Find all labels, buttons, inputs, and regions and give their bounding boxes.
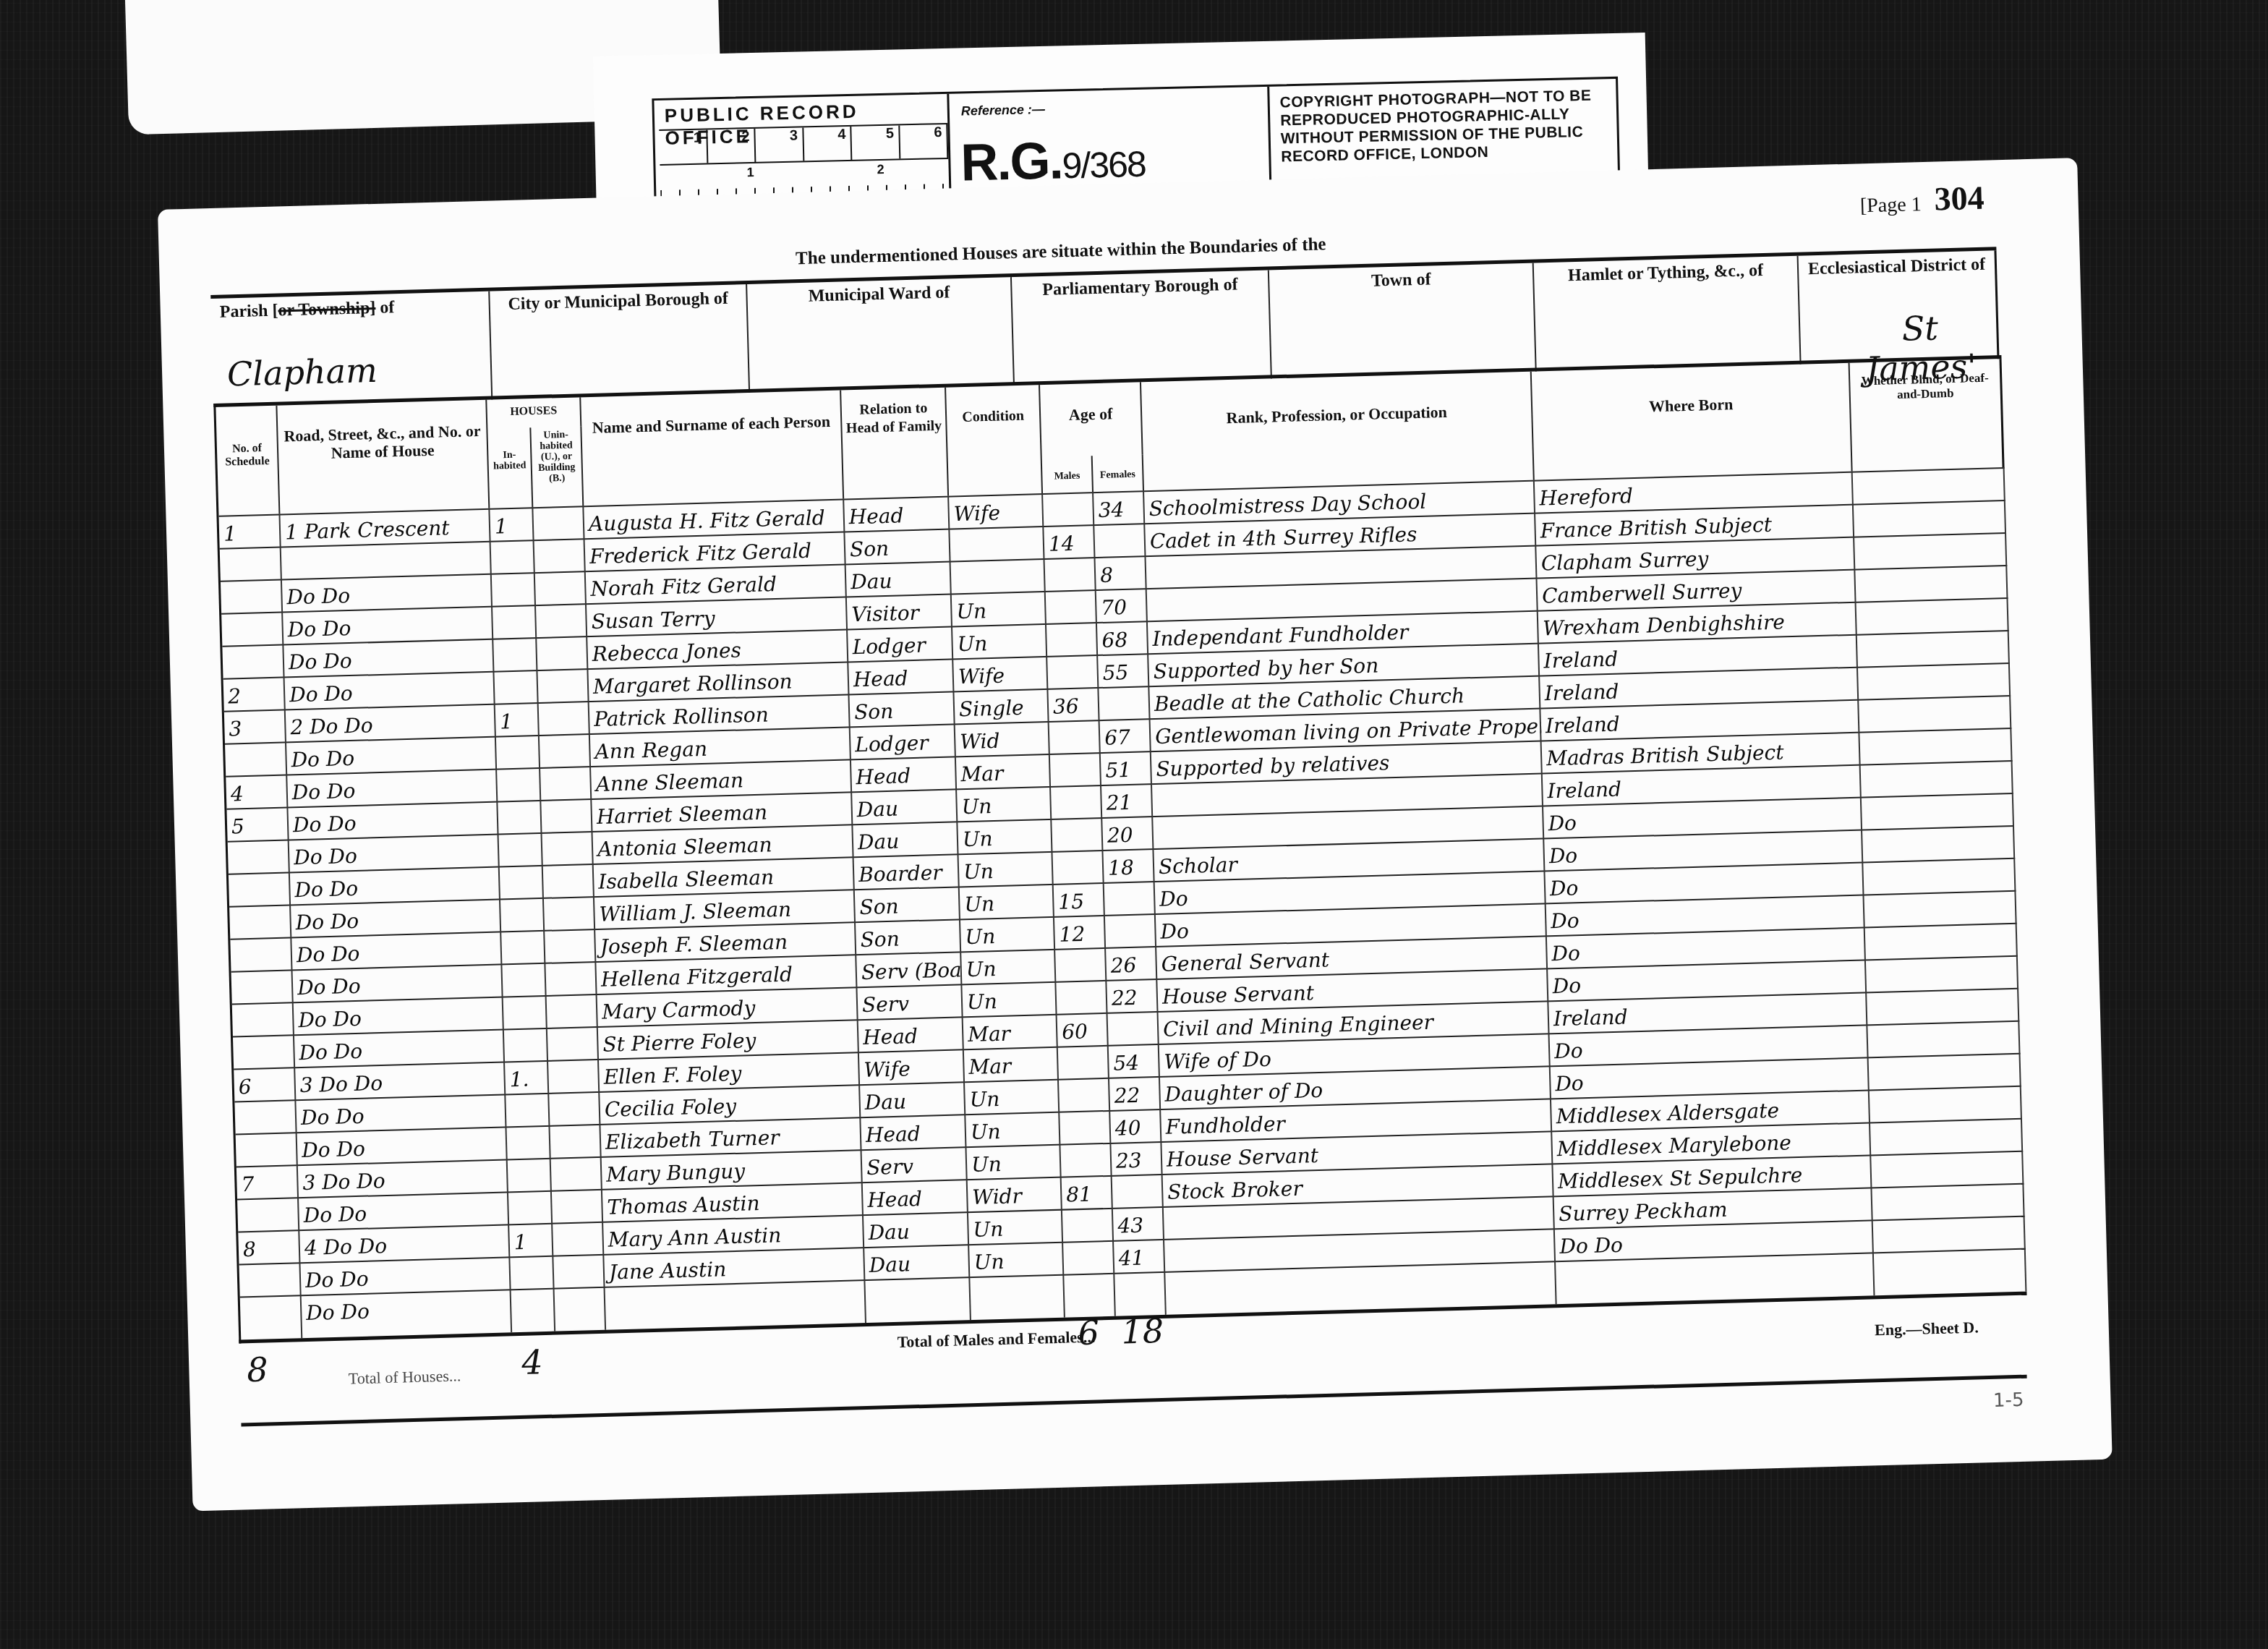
cell-uninhabited — [547, 1028, 599, 1063]
cell-infirmity — [1874, 1250, 2026, 1288]
cell-male: 14 — [1044, 526, 1095, 561]
cell-male — [1043, 493, 1094, 529]
cell-inhabited — [502, 964, 546, 1000]
cell-uninhabited — [539, 702, 590, 738]
census-sheet: [Page 1304 The undermentioned Houses are… — [158, 158, 2113, 1511]
cell-uninhabited — [540, 735, 591, 770]
ward-field: Municipal Ward of — [747, 277, 1015, 393]
cell-inhabited — [493, 606, 537, 642]
cell-schedule — [239, 1264, 302, 1299]
cell-female: 26 — [1106, 947, 1157, 983]
cell-schedule — [240, 1296, 302, 1331]
sheet-mark: Eng.—Sheet D. — [1875, 1318, 1979, 1339]
cell-inhabited — [496, 736, 540, 772]
cell-schedule — [234, 1101, 297, 1136]
cell-female: 18 — [1103, 850, 1154, 885]
cell-male — [1051, 786, 1102, 822]
cell-uninhabited — [551, 1158, 602, 1193]
col-where-born: Where Born — [1532, 363, 1853, 480]
cell-male — [1050, 754, 1101, 789]
cell-male: 15 — [1054, 884, 1105, 919]
cell-female: 23 — [1111, 1143, 1162, 1178]
cell-schedule — [231, 971, 294, 1006]
cell-uninhabited — [547, 995, 598, 1031]
cell-male: 60 — [1057, 1014, 1109, 1049]
cell-inhabited — [504, 1029, 548, 1065]
cell-schedule — [237, 1198, 299, 1234]
parish-label: Parish [ — [220, 302, 278, 322]
cell-male — [1056, 981, 1107, 1017]
parish-label-struck: or Township] — [278, 299, 376, 320]
cell-inhabited: 1. — [505, 1062, 549, 1097]
cell-female: 70 — [1096, 589, 1148, 625]
col-age: Age of — [1040, 382, 1143, 457]
cell-schedule — [221, 581, 283, 616]
cell-uninhabited — [545, 930, 596, 966]
cell-uninhabited — [542, 832, 594, 868]
cell-inhabited — [507, 1127, 551, 1162]
cell-male — [1064, 1274, 1115, 1310]
boundary-title: The undermentioned Houses are situate wi… — [796, 234, 1326, 269]
cell-female: 51 — [1101, 752, 1152, 788]
cell-uninhabited — [552, 1190, 603, 1226]
cell-female — [1099, 687, 1150, 723]
cell-schedule — [236, 1133, 298, 1169]
cell-male — [1060, 1144, 1112, 1180]
cell-inhabited: 1 — [490, 508, 534, 544]
col-males: Males — [1042, 456, 1093, 493]
col-name: Name and Surname of each Person — [581, 391, 844, 506]
col-relation: Relation to Head of Family — [841, 388, 949, 499]
houses-total: 4 — [521, 1342, 544, 1382]
cell-born — [1556, 1253, 1875, 1296]
cell-female: 8 — [1096, 557, 1147, 592]
cell-inhabited — [492, 574, 536, 609]
cell-schedule — [232, 1003, 294, 1039]
cell-female: 21 — [1101, 785, 1153, 820]
cell-inhabited — [500, 866, 544, 902]
col-uninhabited: Unin-habited (U.), or Building (B.) — [531, 426, 584, 507]
col-road: Road, Street, &c., and No. or Name of Ho… — [277, 400, 490, 514]
cell-female: 41 — [1114, 1240, 1165, 1276]
cell-female: 22 — [1109, 1078, 1161, 1113]
ecclesiastical-field: Ecclesiastical District of St James' — [1799, 250, 2000, 364]
cell-schedule: 4 — [226, 775, 288, 811]
cell-uninhabited — [541, 800, 592, 835]
cell-uninhabited — [537, 637, 588, 673]
cell-name — [605, 1281, 866, 1322]
col-houses: HOUSES — [487, 397, 581, 429]
cell-schedule: 1 — [219, 516, 281, 551]
cell-female — [1112, 1175, 1164, 1211]
census-table: No. of Schedule Road, Street, &c., and N… — [213, 355, 2026, 1343]
cell-road: Do Do — [302, 1290, 512, 1330]
col-infirmity: Whether Blind, or Deaf-and-Dumb — [1850, 359, 2005, 472]
inch-mark: 2 — [877, 162, 884, 177]
males-total: 6 — [1078, 1313, 1100, 1352]
ecclesiastical-label: Ecclesiastical District of — [1808, 255, 1986, 279]
cell-male — [1052, 819, 1103, 854]
cell-female: 20 — [1102, 817, 1154, 853]
ruler-cell: 5 — [851, 125, 900, 159]
cell-male — [1052, 851, 1104, 887]
cell-inhabited — [506, 1094, 550, 1130]
cell-female: 22 — [1107, 980, 1158, 1015]
cell-uninhabited — [555, 1288, 606, 1324]
cell-relation — [865, 1278, 971, 1315]
cell-uninhabited — [545, 963, 597, 998]
females-total: 18 — [1121, 1311, 1164, 1352]
cell-uninhabited — [533, 507, 584, 542]
col-schedule: No. of Schedule — [216, 406, 280, 516]
schedules-total: 8 — [247, 1350, 269, 1389]
cell-schedule — [229, 906, 291, 941]
cell-schedule: 8 — [238, 1231, 300, 1266]
cell-male — [1046, 623, 1098, 659]
page-label: [Page 1 — [1860, 193, 1922, 217]
city-field: City or Municipal Borough of — [490, 284, 750, 400]
cell-inhabited — [493, 639, 537, 674]
cell-inhabited — [503, 997, 547, 1032]
cell-schedule: 6 — [234, 1068, 296, 1104]
inch-mark: 1 — [746, 165, 754, 180]
cell-male — [1063, 1242, 1114, 1277]
cell-uninhabited — [543, 865, 594, 900]
cell-inhabited — [501, 932, 545, 967]
cell-schedule — [229, 873, 291, 908]
parish-label-suffix: of — [375, 298, 395, 318]
cell-uninhabited — [537, 670, 589, 705]
cell-female: 55 — [1098, 655, 1149, 690]
cell-male — [1049, 721, 1101, 757]
cell-female — [1108, 1013, 1159, 1048]
cell-male: 81 — [1062, 1177, 1113, 1212]
cell-uninhabited — [548, 1060, 600, 1096]
cell-uninhabited — [536, 605, 587, 640]
cell-inhabited — [491, 541, 535, 576]
cell-female: 43 — [1113, 1208, 1164, 1243]
cell-male — [1062, 1209, 1114, 1245]
cell-schedule — [233, 1036, 295, 1071]
cell-condition — [970, 1276, 1065, 1312]
cell-schedule — [228, 840, 290, 876]
cell-inhabited: 1 — [509, 1224, 553, 1260]
reference-prefix: R.G. — [960, 132, 1063, 192]
cell-inhabited — [498, 801, 542, 837]
ruler-cell: 4 — [803, 127, 853, 161]
cell-male — [1060, 1112, 1111, 1147]
parish-field: Parish [or Township] of Clapham — [210, 291, 493, 407]
cell-male — [1045, 558, 1096, 594]
cell-schedule: 7 — [236, 1166, 299, 1201]
cell-female — [1105, 915, 1156, 950]
cell-inhabited: 1 — [495, 704, 540, 739]
cell-schedule — [222, 646, 284, 681]
cell-male — [1059, 1079, 1110, 1115]
cell-female: 67 — [1100, 720, 1151, 755]
hamlet-field: Hamlet or Tything, &c., of — [1534, 256, 1802, 372]
cell-inhabited — [511, 1290, 555, 1325]
cell-uninhabited — [534, 540, 586, 575]
cell-uninhabited — [535, 572, 587, 608]
cell-female: 34 — [1093, 492, 1145, 527]
cell-inhabited — [494, 671, 538, 707]
col-occupation: Rank, Profession, or Occupation — [1141, 372, 1535, 491]
cell-female: 54 — [1109, 1045, 1160, 1081]
reference-label: Reference :— — [961, 102, 1045, 119]
cell-inhabited — [497, 769, 541, 804]
cell-uninhabited — [544, 898, 595, 933]
cell-schedule — [221, 613, 283, 649]
folio-number: 304 — [1934, 179, 1984, 218]
ruler-cell: 6 — [900, 124, 949, 158]
page-number: [Page 1304 — [1859, 179, 1984, 221]
cell-uninhabited — [553, 1256, 605, 1291]
cell-inhabited — [508, 1192, 553, 1227]
cell-male: 36 — [1048, 689, 1099, 724]
cell-schedule — [230, 938, 292, 973]
town-field: Town of — [1269, 263, 1537, 379]
ruler-cell: 1 — [659, 129, 708, 163]
cell-uninhabited — [540, 767, 592, 803]
ruler-cell: 2 — [707, 129, 756, 163]
col-condition: Condition — [946, 385, 1043, 495]
cell-schedule: 2 — [223, 678, 286, 713]
cell-schedule: 5 — [226, 808, 289, 843]
cell-schedule: 3 — [224, 710, 286, 746]
cell-male — [1058, 1047, 1109, 1082]
cell-male: 12 — [1054, 916, 1106, 952]
cell-female — [1094, 524, 1146, 560]
pencil-note: 1-5 — [1993, 1389, 2024, 1412]
cell-uninhabited — [550, 1125, 601, 1161]
cell-uninhabited — [553, 1223, 604, 1258]
parliamentary-field: Parliamentary Borough of — [1012, 270, 1272, 385]
reference-number: 9/368 — [1062, 144, 1146, 187]
cell-female — [1114, 1273, 1166, 1308]
col-females: Females — [1093, 454, 1144, 492]
cell-schedule — [225, 743, 287, 778]
houses-total-label: Total of Houses... — [348, 1366, 461, 1388]
cell-female: 40 — [1110, 1110, 1161, 1146]
cell-male — [1047, 656, 1099, 691]
parish-value: Clapham — [226, 351, 378, 394]
cell-inhabited — [508, 1159, 552, 1195]
cell-schedule — [220, 548, 282, 584]
cell-inhabited — [510, 1257, 554, 1292]
ruler-cell: 3 — [755, 127, 804, 161]
cell-male — [1055, 949, 1107, 984]
cell-uninhabited — [549, 1093, 600, 1128]
cell-female: 68 — [1097, 622, 1148, 657]
cell-inhabited — [500, 899, 545, 934]
col-inhabited: In-habited — [487, 427, 533, 508]
cell-inhabited — [499, 834, 543, 869]
cell-female — [1104, 882, 1156, 918]
persons-total-label: Total of Males and Females... — [897, 1328, 1095, 1352]
cell-male — [1046, 591, 1097, 626]
